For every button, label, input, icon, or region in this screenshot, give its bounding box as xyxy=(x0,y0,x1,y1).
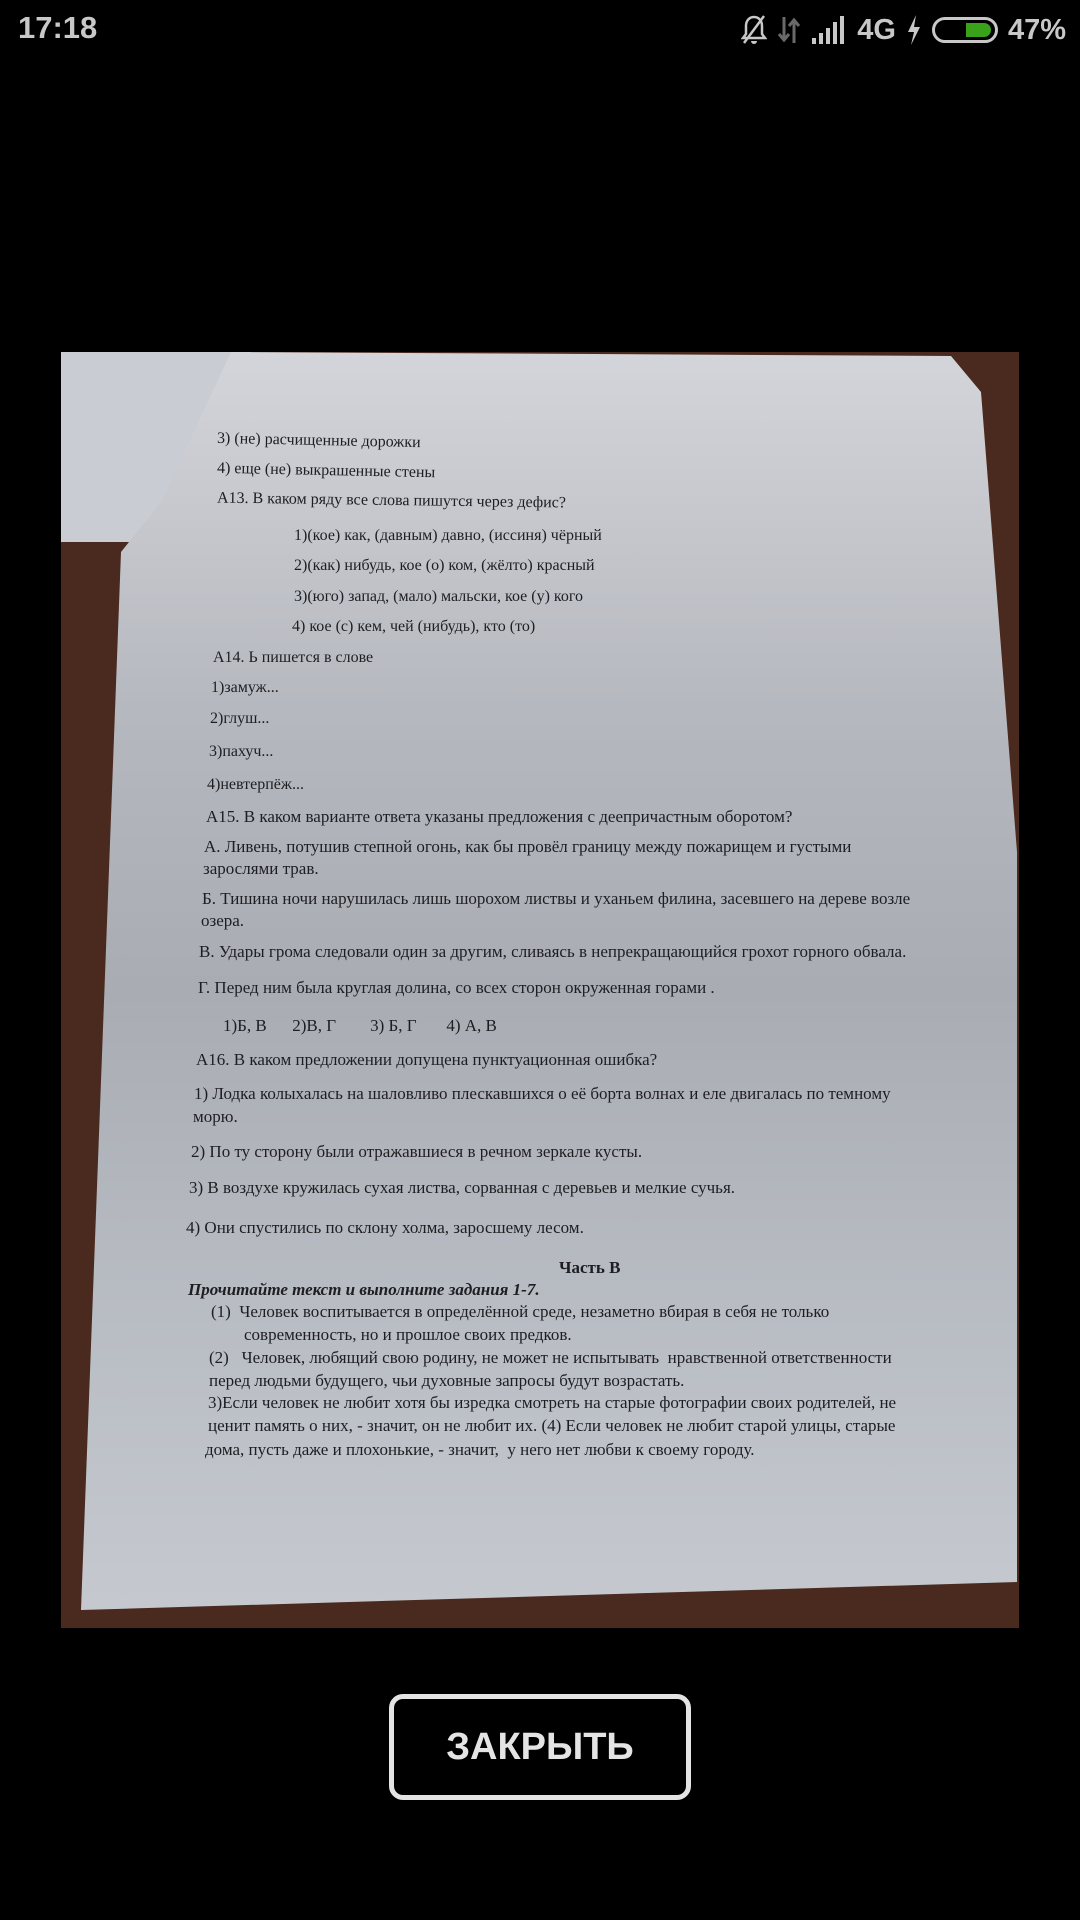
status-icons: 4G 47% xyxy=(741,10,1066,50)
photo-viewer-image[interactable]: 3) (не) расчищенные дорожки 4) еще (не) … xyxy=(61,352,1019,1628)
text-line: А. Ливень, потушив степной огонь, как бы… xyxy=(204,837,851,857)
text-line: 3) В воздухе кружилась сухая листва, сор… xyxy=(189,1178,735,1198)
text-line: 1)замуж... xyxy=(211,679,279,697)
text-line: дома, пусть даже и плохонькие, - значит,… xyxy=(205,1440,755,1460)
network-type: 4G xyxy=(857,14,896,47)
text-line: А15. В каком варианте ответа указаны пре… xyxy=(206,807,792,827)
text-line: 1) Лодка колыхалась на шаловливо плескав… xyxy=(194,1084,891,1104)
battery-percent: 47% xyxy=(1008,14,1066,47)
text-line: зарослями трав. xyxy=(203,859,319,879)
battery-icon xyxy=(932,17,998,43)
text-line: (1) Человек воспитывается в определённой… xyxy=(211,1302,829,1322)
close-button[interactable]: ЗАКРЫТЬ xyxy=(389,1694,691,1800)
text-line: А16. В каком предложении допущена пункту… xyxy=(196,1050,657,1070)
text-line: озера. xyxy=(201,911,244,931)
answer-options: 1)Б, В 2)В, Г 3) Б, Г 4) А, В xyxy=(223,1016,497,1036)
text-line: Г. Перед ним была круглая долина, со все… xyxy=(198,978,715,998)
text-line: 4) Они спустились по склону холма, зарос… xyxy=(186,1218,584,1238)
text-line: современность, но и прошлое своих предко… xyxy=(244,1325,572,1345)
text-line: 3)пахуч... xyxy=(209,743,273,761)
text-line: (2) Человек, любящий свою родину, не мож… xyxy=(209,1348,892,1368)
text-line: морю. xyxy=(193,1107,238,1127)
text-line: 2)глуш... xyxy=(210,710,269,728)
text-line: А13. В каком ряду все слова пишутся чере… xyxy=(217,490,566,513)
charging-bolt-icon xyxy=(906,15,922,45)
text-line: В. Удары грома следовали один за другим,… xyxy=(199,942,906,962)
text-line: А14. Ь пишется в слове xyxy=(213,649,373,667)
text-line: перед людьми будущего, чьи духовные запр… xyxy=(209,1371,684,1391)
text-line: 2)(как) нибудь, кое (о) ком, (жёлто) кра… xyxy=(294,557,595,575)
text-line: 2) По ту сторону были отражавшиеся в реч… xyxy=(191,1142,642,1162)
text-line: 3)Если человек не любит хотя бы изредка … xyxy=(208,1393,896,1413)
text-line: 1)(кое) как, (давным) давно, (иссиня) чё… xyxy=(294,527,602,545)
text-line: ценит память о них, - значит, он не люби… xyxy=(208,1416,895,1436)
bell-muted-icon xyxy=(741,14,767,46)
section-instruction: Прочитайте текст и выполните задания 1-7… xyxy=(188,1280,540,1300)
status-time: 17:18 xyxy=(18,10,97,46)
text-line: 4) кое (с) кем, чей (нибудь), кто (то) xyxy=(292,618,535,636)
text-line: 3) (не) расчищенные дорожки xyxy=(217,430,421,452)
text-line: 4)невтерпёж... xyxy=(207,776,304,794)
text-line: Б. Тишина ночи нарушилась лишь шорохом л… xyxy=(202,889,910,909)
status-bar: 17:18 4G 47% xyxy=(0,0,1080,60)
section-title: Часть В xyxy=(559,1258,620,1278)
document-text: 3) (не) расчищенные дорожки 4) еще (не) … xyxy=(61,352,1019,1628)
data-transfer-icon xyxy=(777,15,801,45)
signal-icon xyxy=(811,16,847,44)
battery-level xyxy=(966,23,991,37)
text-line: 3)(юго) запад, (мало) мальски, кое (у) к… xyxy=(294,588,583,606)
text-line: 4) еще (не) выкрашенные стены xyxy=(217,460,436,483)
